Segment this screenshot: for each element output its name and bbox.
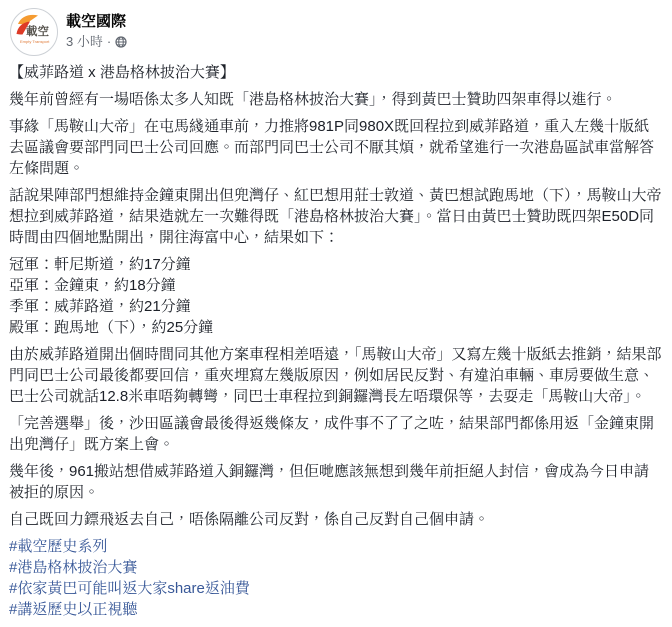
post-paragraph: 話說果陣部門想維持金鐘東開出但兜灣仔、紅巴想用莊士敦道、黃巴想試跑馬地（下），馬… <box>9 185 663 248</box>
globe-icon <box>115 36 127 48</box>
page-name[interactable]: 載空國際 <box>66 12 127 31</box>
post-paragraph: 【威菲路道 x 港島格林披治大賽】 <box>9 62 663 83</box>
outro-paragraphs: 由於威菲路道開出個時間同其他方案車程相差唔遠，「馬鞍山大帝」又寫左幾十版紙去推銷… <box>9 344 663 530</box>
hashtag-list: #載空歷史系列 #港島格林披治大賽 #依家黃巴可能叫返大家share返油費 #講… <box>9 536 663 620</box>
timestamp[interactable]: 3 小時 · <box>66 33 127 50</box>
header-meta: 載空國際 3 小時 · <box>66 8 127 50</box>
dot-separator: · <box>107 33 111 50</box>
page-logo-icon: 載空 Empty Transport <box>11 9 57 55</box>
post-paragraph: 事緣「馬鞍山大帝」在屯馬綫通車前，力推將981P同980X既回程拉到威菲路道，重… <box>9 116 663 179</box>
post-body: 【威菲路道 x 港島格林披治大賽】 幾年前曾經有一場唔係太多人知既「港島格林披治… <box>0 60 672 620</box>
race-results: 冠軍：軒尼斯道，約17分鐘 亞軍：金鐘東，約18分鐘 季軍：威菲路道，約21分鐘… <box>9 254 663 338</box>
post-header: 載空 Empty Transport 載空國際 3 小時 · <box>0 0 672 60</box>
race-result-line: 殿軍：跑馬地（下），約25分鐘 <box>9 317 663 338</box>
avatar-text: 載空 <box>26 24 49 38</box>
avatar[interactable]: 載空 Empty Transport <box>10 8 58 56</box>
post-paragraph: 「完善選舉」後，沙田區議會最後得返幾條友，成件事不了了之咗，結果部門都係用返「金… <box>9 413 663 455</box>
race-result-line: 亞軍：金鐘東，約18分鐘 <box>9 275 663 296</box>
avatar-subtext: Empty Transport <box>20 39 50 44</box>
hashtag-link[interactable]: #載空歷史系列 <box>9 536 663 557</box>
post-paragraph: 自己既回力鏢飛返去自己，唔係隔離公司反對，係自己反對自己個申請。 <box>9 509 663 530</box>
intro-paragraphs: 【威菲路道 x 港島格林披治大賽】 幾年前曾經有一場唔係太多人知既「港島格林披治… <box>9 62 663 248</box>
post-paragraph: 幾年前曾經有一場唔係太多人知既「港島格林披治大賽」，得到黃巴士贊助四架車得以進行… <box>9 89 663 110</box>
hashtag-link[interactable]: #依家黃巴可能叫返大家share返油費 <box>9 578 663 599</box>
facebook-post: 載空 Empty Transport 載空國際 3 小時 · <box>0 0 672 627</box>
post-paragraph: 幾年後，961搬站想借威菲路道入銅鑼灣，但佢哋應該無想到幾年前拒絕人封信，會成為… <box>9 461 663 503</box>
hashtag-link[interactable]: #港島格林披治大賽 <box>9 557 663 578</box>
timestamp-text: 3 小時 <box>66 33 103 50</box>
race-result-line: 季軍：威菲路道，約21分鐘 <box>9 296 663 317</box>
hashtag-link[interactable]: #講返歷史以正視聽 <box>9 599 663 620</box>
race-result-line: 冠軍：軒尼斯道，約17分鐘 <box>9 254 663 275</box>
post-paragraph: 由於威菲路道開出個時間同其他方案車程相差唔遠，「馬鞍山大帝」又寫左幾十版紙去推銷… <box>9 344 663 407</box>
